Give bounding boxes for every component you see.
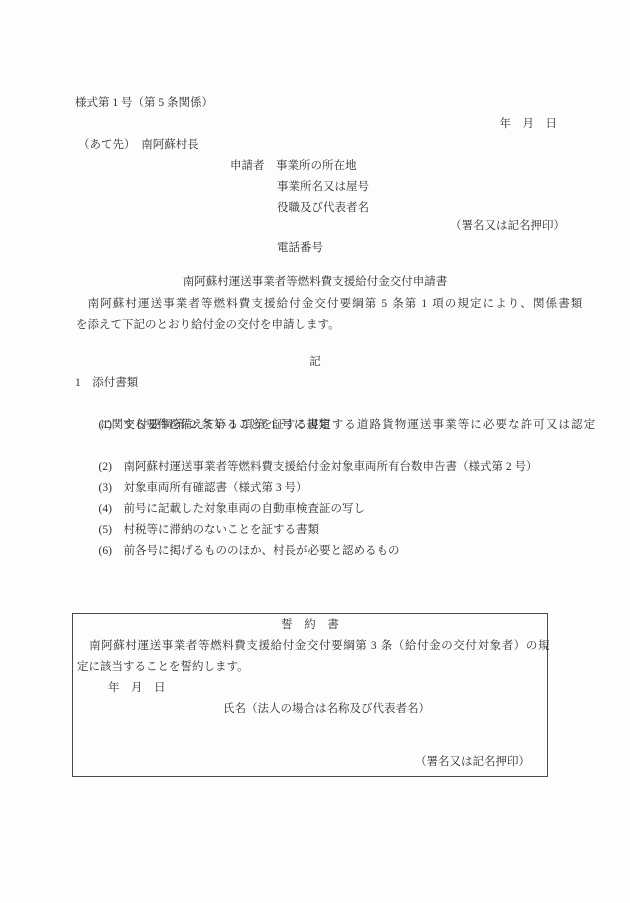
form-body-line-2: を添えて下記のとおり給付金の交付を申請します。 bbox=[76, 315, 340, 336]
attachments-heading: 1 添付書類 bbox=[75, 373, 138, 394]
pledge-name-label: 氏名（法人の場合は名称及び代表者名） bbox=[223, 699, 430, 720]
form-number: 様式第 1 号（第 5 条関係） bbox=[75, 93, 213, 114]
ki-heading: 記 bbox=[0, 352, 630, 373]
applicant-representative-label: 役職及び代表者名 bbox=[277, 198, 369, 219]
pledge-seal-note: （署名又は記名押印） bbox=[415, 752, 530, 773]
form-title: 南阿蘇村運送事業者等燃料費支援給付金交付申請書 bbox=[0, 272, 630, 293]
form-body-line-1: 南阿蘇村運送事業者等燃料費支援給付金交付要綱第 5 条第 1 項の規定により、関… bbox=[75, 294, 583, 315]
applicant-seal-note: （署名又は記名押印） bbox=[450, 216, 565, 237]
addressee-line: （あて先） 南阿蘇村長 bbox=[78, 135, 199, 156]
application-form-page: 様式第 1 号（第 5 条関係） 年 月 日 （あて先） 南阿蘇村長 申請者 事… bbox=[0, 0, 630, 903]
attachment-item-6: (6)前各号に掲げるもののほか、村長が必要と認めるもの bbox=[87, 520, 400, 583]
applicant-business-name-label: 事業所名又は屋号 bbox=[277, 177, 369, 198]
pledge-body-line-1: 南阿蘇村運送事業者等燃料費支援給付金交付要綱第 3 条（給付金の交付対象者）の規 bbox=[77, 636, 550, 657]
pledge-title: 誓 約 書 bbox=[72, 615, 548, 636]
attachment-item-6-num: (6) bbox=[99, 541, 124, 562]
applicant-address-line: 申請者 事業所の所在地 bbox=[230, 156, 357, 177]
pledge-date-line: 年 月 日 bbox=[108, 678, 166, 699]
applicant-phone-label: 電話番号 bbox=[277, 238, 323, 259]
issue-date-line: 年 月 日 bbox=[500, 114, 558, 135]
attachment-item-6-text: 前各号に掲げるもののほか、村長が必要と認めるもの bbox=[124, 545, 400, 557]
attachment-item-1-continuation: に関する要件を備えていることを証する書類 bbox=[100, 415, 330, 436]
pledge-body-line-2: 定に該当することを誓約します。 bbox=[77, 657, 249, 678]
